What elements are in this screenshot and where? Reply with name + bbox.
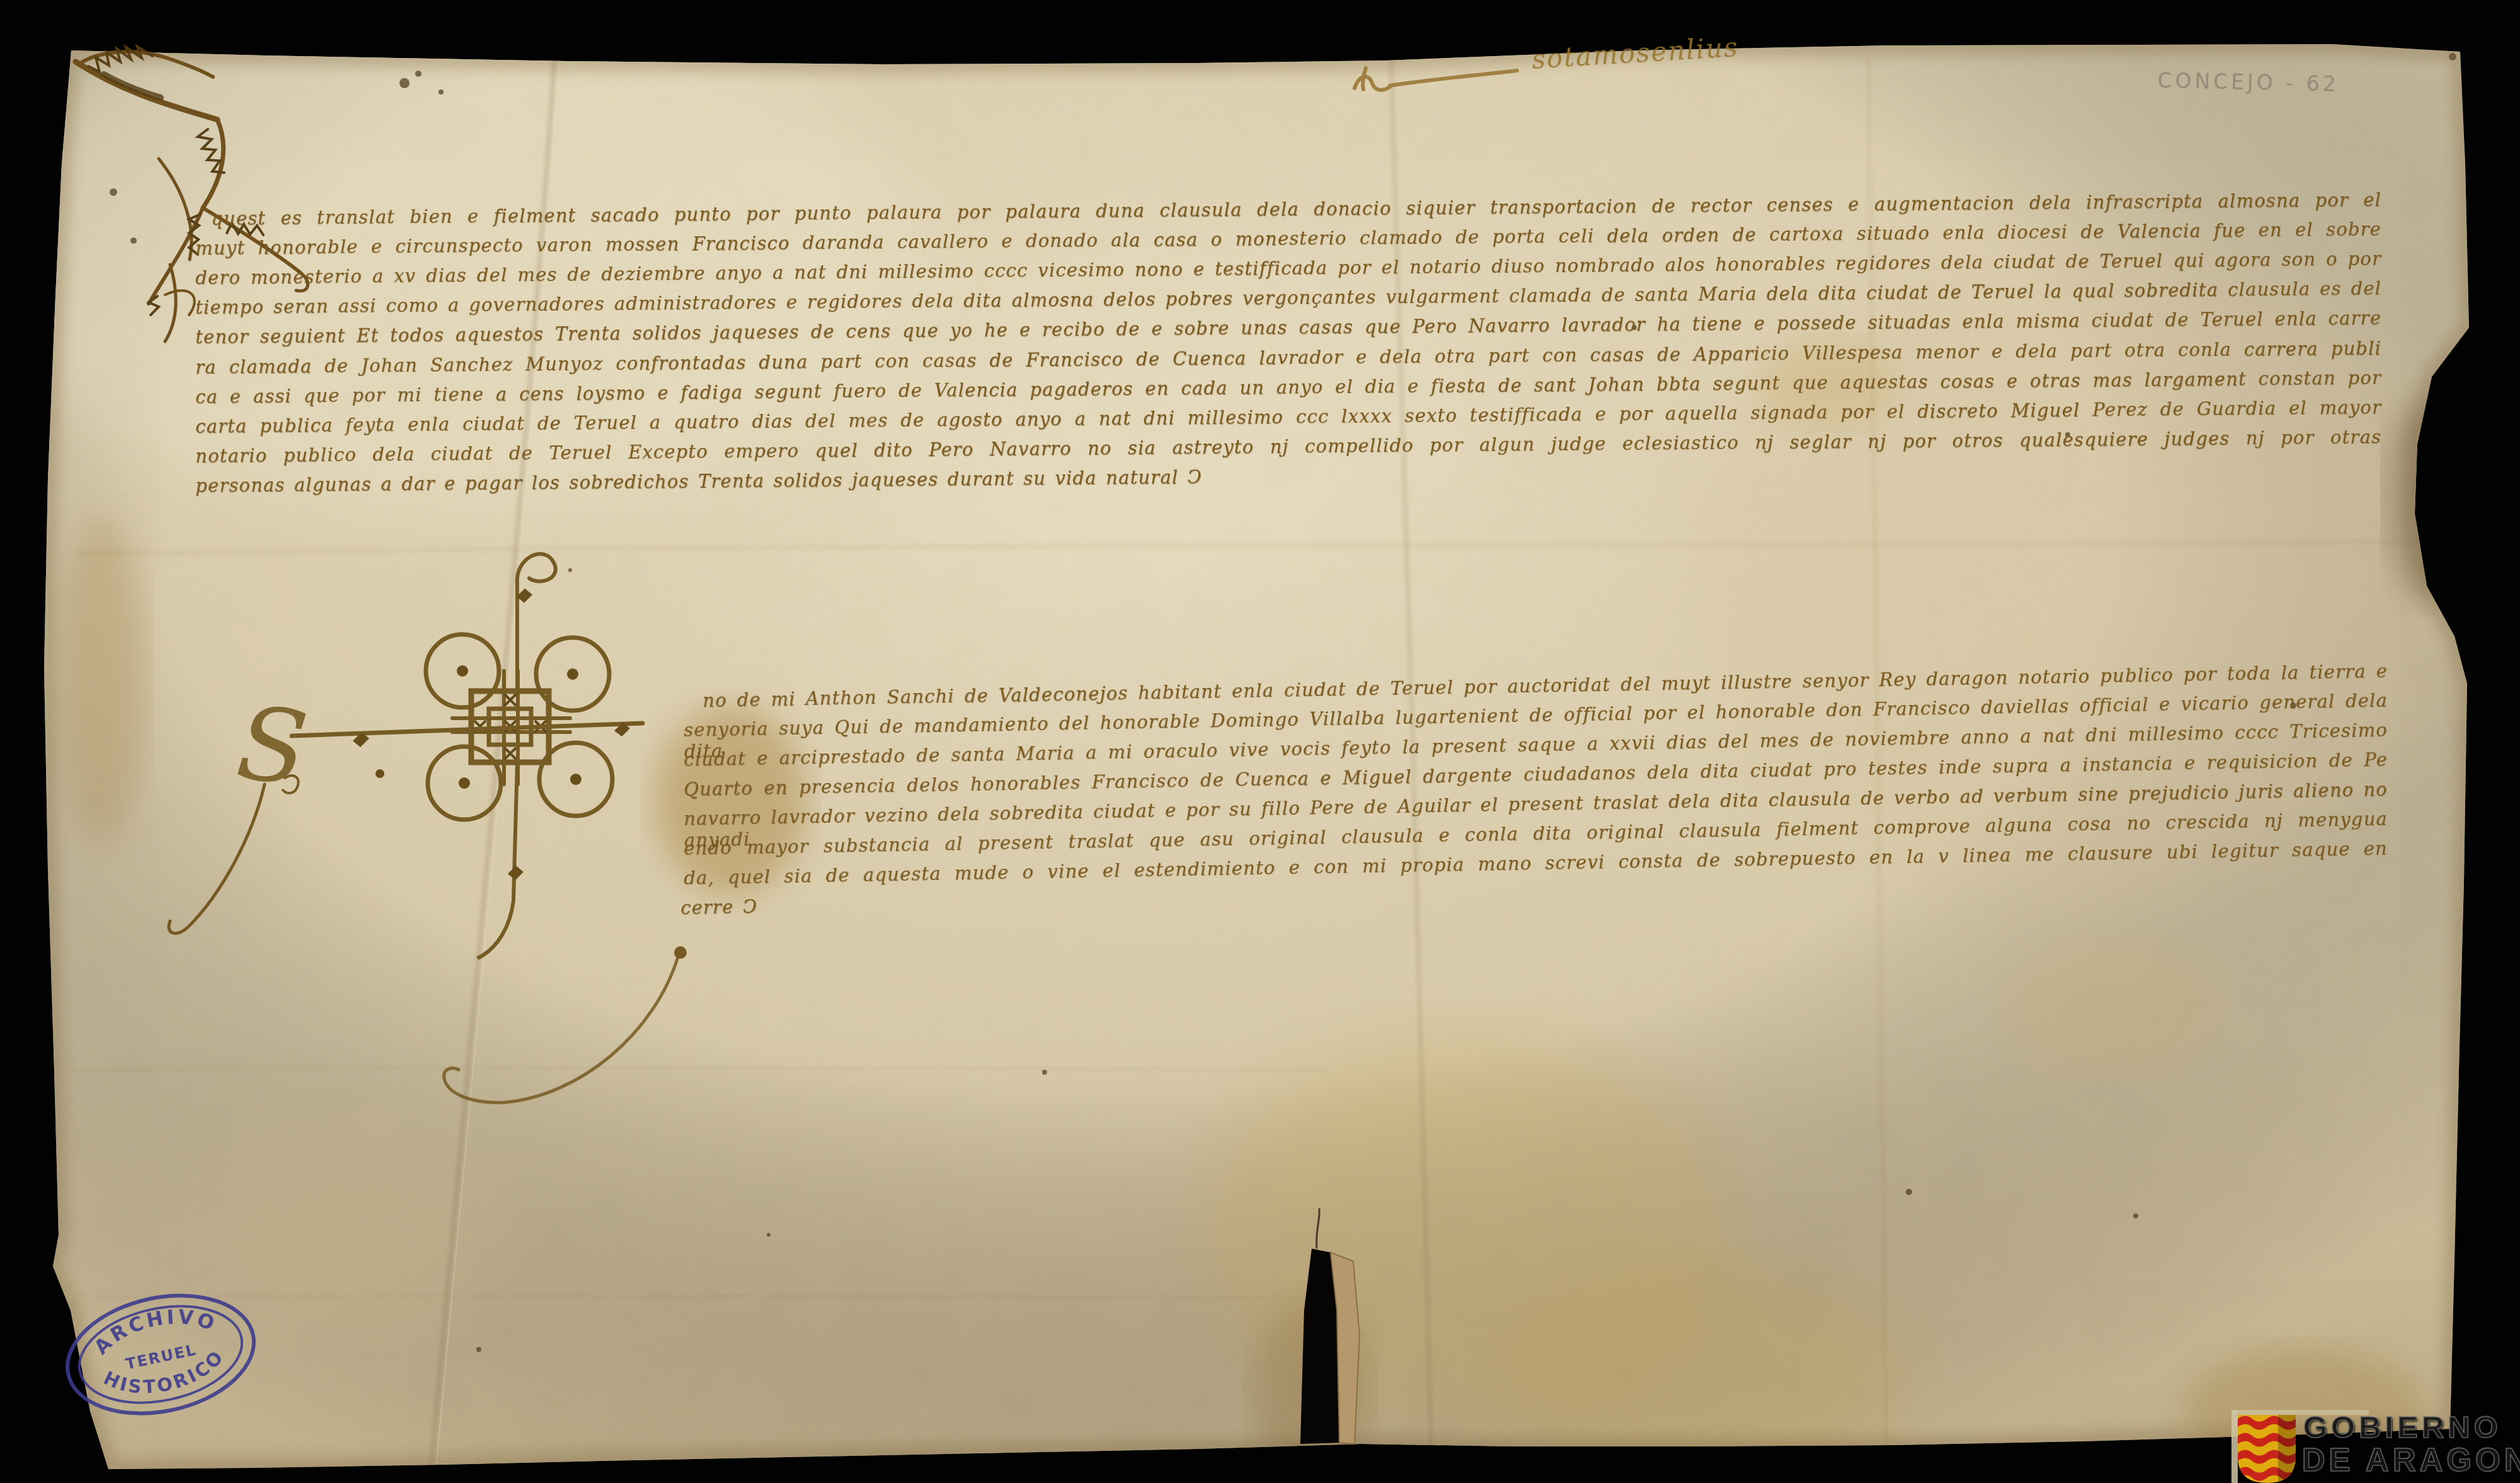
reference-number-pencil: CONCEJO - 62 xyxy=(2157,68,2339,96)
photograph-background: S ARCHIVO TERUEL HISTORICO xyxy=(0,0,2520,1483)
gobierno-de-aragon-logo-line1: GOBIERNO xyxy=(2303,1410,2502,1445)
signum-letter: S xyxy=(232,684,313,808)
gobierno-de-aragon-logo-line2: DE ARAGON xyxy=(2302,1441,2520,1479)
manuscript-line: cerre Ↄ xyxy=(680,893,933,919)
